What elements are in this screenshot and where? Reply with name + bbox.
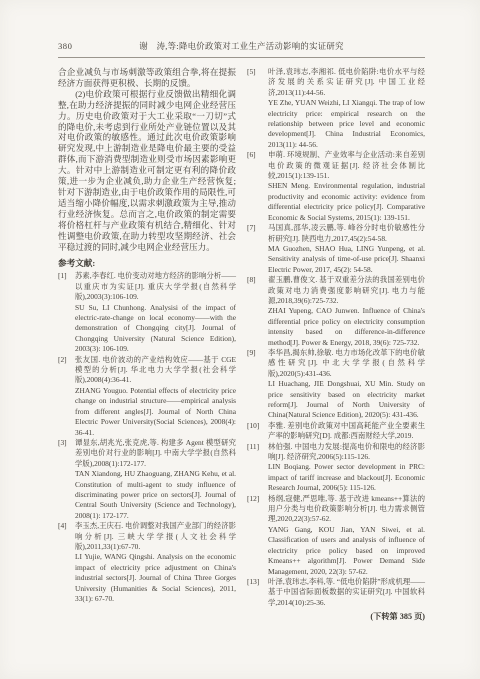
reference-item: [1] 苏素,李春红. 电价变动对地方经济的影响分析——以重庆市为实证[J]. … — [58, 271, 236, 354]
reference-number: [9] — [247, 348, 268, 421]
reference-item: [12] 杨纲,寇健,严思唯,等. 基于改进 kmeans++算法的用户分类与电… — [247, 494, 425, 577]
reference-body: 叶泽,袁玮志,李科,等. “低电价陷阱”形成机理——基于中国省际面板数据的实证研… — [268, 577, 425, 608]
reference-item: [10] 李雅. 差别电价政策对中国高耗能产业全要素生产率的影响研究[D]. 成… — [247, 421, 425, 442]
reference-text-en: ZHANG Youguo. Potential effects of elect… — [75, 386, 236, 438]
reference-text-zh: 叶泽,袁玮志,李湘祁. 低电价陷阱:电价水平与经济发展的关系实证研究[J]. 中… — [268, 67, 425, 98]
reference-number: [3] — [58, 438, 75, 521]
reference-text-en: YE Zhe, YUAN Weizhi, LI Xiangqi. The tra… — [268, 98, 425, 150]
reference-text-zh: 李雅. 差别电价政策对中国高耗能产业全要素生产率的影响研究[D]. 成都:西南财… — [268, 421, 425, 442]
reference-number: [6] — [247, 150, 268, 223]
reference-text-zh: 马国真,邵华,凌云鹏,等. 峰谷分时电价敏感性分析研究[J]. 陕西电力,201… — [268, 223, 425, 244]
reference-number: [8] — [247, 275, 268, 348]
reference-number: [1] — [58, 271, 75, 354]
reference-text-zh: 叶泽,袁玮志,李科,等. “低电价陷阱”形成机理——基于中国省际面板数据的实证研… — [268, 577, 425, 608]
reference-text-en: LI Yujie, WANG Qingshi. Analysis on the … — [75, 552, 236, 604]
reference-number: [5] — [247, 67, 268, 150]
reference-item: [2] 张友国. 电价波动的产业结构效应——基于 CGE 模型的分析[J]. 华… — [58, 355, 236, 438]
reference-item: [8] 翟玉鹏,曹俊文. 基于双重差分法的我国差别电价政策对电力消费强度影响研究… — [247, 275, 425, 348]
running-title: 谢 涛,等:降电价政策对工业生产活动影响的实证研究 — [58, 40, 425, 52]
reference-text-zh: 张友国. 电价波动的产业结构效应——基于 CGE 模型的分析[J]. 华北电力大… — [75, 355, 236, 386]
reference-text-en: MA Guozhen, SHAO Hua, LING Yunpeng, et a… — [268, 244, 425, 275]
reference-body: 马国真,邵华,凌云鹏,等. 峰谷分时电价敏感性分析研究[J]. 陕西电力,201… — [268, 223, 425, 275]
reference-body: 翟玉鹏,曹俊文. 基于双重差分法的我国差别电价政策对电力消费强度影响研究[J].… — [268, 275, 425, 348]
reference-item: [13] 叶泽,袁玮志,李科,等. “低电价陷阱”形成机理——基于中国省际面板数… — [247, 577, 425, 608]
reference-text-zh: 申萌. 环境规制、产业效率与企业活动:来自差别电价政策的微观证据[J]. 经济社… — [268, 150, 425, 181]
reference-number: [13] — [247, 577, 268, 608]
reference-item: [7] 马国真,邵华,凌云鹏,等. 峰谷分时电价敏感性分析研究[J]. 陕西电力… — [247, 223, 425, 275]
reference-number: [10] — [247, 421, 268, 442]
reference-body: 林伯强. 中国电力发展:提高电价和限电的经济影响[J]. 经济研究,2006(5… — [268, 442, 425, 494]
reference-number: [7] — [247, 223, 268, 275]
references-list-left: [1] 苏素,李春红. 电价变动对地方经济的影响分析——以重庆市为实证[J]. … — [58, 271, 236, 604]
reference-body: 张友国. 电价波动的产业结构效应——基于 CGE 模型的分析[J]. 华北电力大… — [75, 355, 236, 438]
references-heading: 参考文献: — [58, 257, 236, 269]
paper-page: 380 谢 涛,等:降电价政策对工业生产活动影响的实证研究 合企业减负与市场刺激… — [0, 0, 480, 679]
two-column-body: 合企业减负与市场刺激等政策组合拳,将在提振经济方面获得更积极、长期的反馈。 (2… — [58, 67, 425, 622]
reference-text-zh: 谭显东,胡兆光,张克虎,等. 构建多 Agent 模型研究差别电价对行业的影响[… — [75, 438, 236, 469]
reference-text-zh: 李玉杰,王庆石. 电价调整对我国产业部门的经济影响分析[J]. 三峡大学学报(人… — [75, 521, 236, 552]
reference-text-zh: 翟玉鹏,曹俊文. 基于双重差分法的我国差别电价政策对电力消费强度影响研究[J].… — [268, 275, 425, 306]
reference-body: 苏素,李春红. 电价变动对地方经济的影响分析——以重庆市为实证[J]. 重庆大学… — [75, 271, 236, 354]
reference-text-zh: 苏素,李春红. 电价变动对地方经济的影响分析——以重庆市为实证[J]. 重庆大学… — [75, 271, 236, 302]
reference-text-en: ZHAI Yupeng, CAO Junwen. Influence of Ch… — [268, 306, 425, 348]
references-list-right: [5] 叶泽,袁玮志,李湘祁. 低电价陷阱:电价水平与经济发展的关系实证研究[J… — [247, 67, 425, 608]
reference-item: [6] 申萌. 环境规制、产业效率与企业活动:来自差别电价政策的微观证据[J].… — [247, 150, 425, 223]
reference-number: [4] — [58, 521, 75, 604]
reference-text-zh: 李华昌,揭东帅,徐敏. 电力市场化改革下的电价敏感性研究[J]. 中北大学学报(… — [268, 348, 425, 379]
reference-body: 谭显东,胡兆光,张克虎,等. 构建多 Agent 模型研究差别电价对行业的影响[… — [75, 438, 236, 521]
reference-body: 申萌. 环境规制、产业效率与企业活动:来自差别电价政策的微观证据[J]. 经济社… — [268, 150, 425, 223]
reference-item: [3] 谭显东,胡兆光,张克虎,等. 构建多 Agent 模型研究差别电价对行业… — [58, 438, 236, 521]
reference-number: [12] — [247, 494, 268, 577]
page-number: 380 — [58, 41, 72, 51]
reference-text-en: YANG Gang, KOU Jian, YAN Siwei, et al. C… — [268, 525, 425, 577]
reference-item: [4] 李玉杰,王庆石. 电价调整对我国产业部门的经济影响分析[J]. 三峡大学… — [58, 521, 236, 604]
reference-text-zh: 林伯强. 中国电力发展:提高电价和限电的经济影响[J]. 经济研究,2006(5… — [268, 442, 425, 463]
page-header: 380 谢 涛,等:降电价政策对工业生产活动影响的实证研究 — [58, 40, 425, 54]
reference-item: [11] 林伯强. 中国电力发展:提高电价和限电的经济影响[J]. 经济研究,2… — [247, 442, 425, 494]
reference-text-en: SU Su, LI Chunhong. Analysisi of the imp… — [75, 303, 236, 355]
reference-text-en: LI Huachang, JIE Dongshuai, XU Min. Stud… — [268, 379, 425, 421]
reference-item: [9] 李华昌,揭东帅,徐敏. 电力市场化改革下的电价敏感性研究[J]. 中北大… — [247, 348, 425, 421]
reference-number: [11] — [247, 442, 268, 494]
header-rule — [58, 57, 425, 58]
reference-number: [2] — [58, 355, 75, 438]
continuation-note: (下转第 385 页) — [247, 611, 425, 622]
reference-text-en: TAN Xiandong, HU Zhaoguang, ZHANG Kehu, … — [75, 469, 236, 521]
right-column: [5] 叶泽,袁玮志,李湘祁. 低电价陷阱:电价水平与经济发展的关系实证研究[J… — [247, 67, 425, 622]
reference-text-en: SHEN Meng. Environmental regulation, ind… — [268, 181, 425, 223]
reference-text-en: LIN Boqiang. Power sector development in… — [268, 462, 425, 493]
reference-body: 叶泽,袁玮志,李湘祁. 低电价陷阱:电价水平与经济发展的关系实证研究[J]. 中… — [268, 67, 425, 150]
reference-body: 杨纲,寇健,严思唯,等. 基于改进 kmeans++算法的用户分类与电价政策影响… — [268, 494, 425, 577]
reference-body: 李华昌,揭东帅,徐敏. 电力市场化改革下的电价敏感性研究[J]. 中北大学学报(… — [268, 348, 425, 421]
reference-text-zh: 杨纲,寇健,严思唯,等. 基于改进 kmeans++算法的用户分类与电价政策影响… — [268, 494, 425, 525]
paragraph-conclusion: (2)电价政策可根据行业反馈做出精细化调整,在助力经济提振的同时减少电网企业经营… — [58, 89, 236, 253]
reference-body: 李玉杰,王庆石. 电价调整对我国产业部门的经济影响分析[J]. 三峡大学学报(人… — [75, 521, 236, 604]
reference-body: 李雅. 差别电价政策对中国高耗能产业全要素生产率的影响研究[D]. 成都:西南财… — [268, 421, 425, 442]
left-column: 合企业减负与市场刺激等政策组合拳,将在提振经济方面获得更积极、长期的反馈。 (2… — [58, 67, 236, 622]
paragraph-continuation: 合企业减负与市场刺激等政策组合拳,将在提振经济方面获得更积极、长期的反馈。 — [58, 67, 236, 89]
reference-item: [5] 叶泽,袁玮志,李湘祁. 低电价陷阱:电价水平与经济发展的关系实证研究[J… — [247, 67, 425, 150]
